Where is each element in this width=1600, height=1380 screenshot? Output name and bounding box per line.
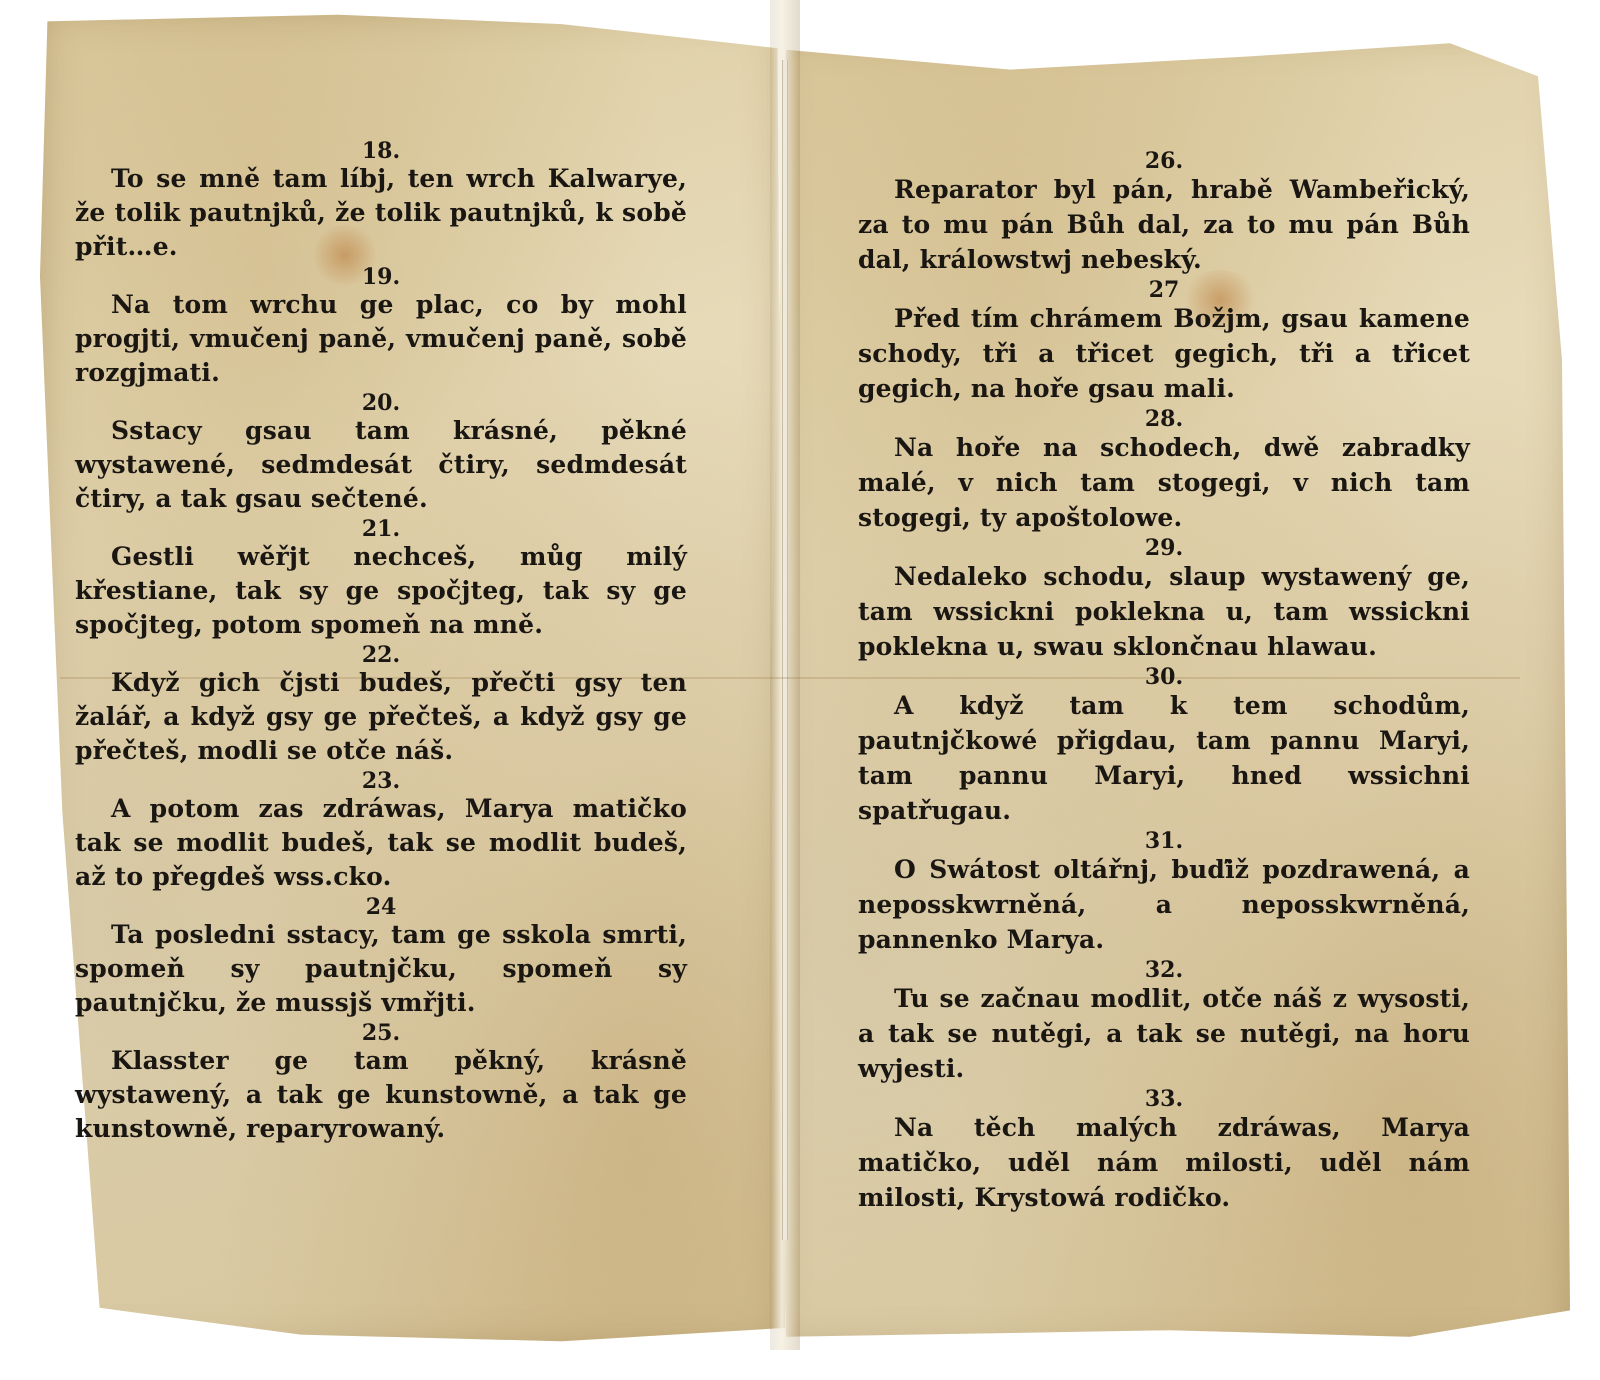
- verse-text: Nedaleko schodu, slaup wystawený ge, tam…: [858, 559, 1470, 664]
- verse-number: 19.: [75, 266, 687, 288]
- verse-text: Na tom wrchu ge plac, co by mohl progjti…: [75, 288, 687, 390]
- verse-19: 19. Na tom wrchu ge plac, co by mohl pro…: [75, 266, 687, 390]
- verse-number: 27: [858, 279, 1470, 301]
- verse-20: 20. Sstacy gsau tam krásné, pěkné wystaw…: [75, 392, 687, 516]
- verse-number: 25.: [75, 1022, 687, 1044]
- verse-number: 30.: [858, 666, 1470, 688]
- verse-number: 20.: [75, 392, 687, 414]
- right-page-text-column: 26. Reparator byl pán, hrabě Wambeřický,…: [858, 150, 1470, 1217]
- verse-25: 25. Klasster ge tam pěkný, krásně wystaw…: [75, 1022, 687, 1146]
- verse-24: 24 Ta posledni sstacy, tam ge sskola smr…: [75, 896, 687, 1020]
- verse-number: 18.: [75, 140, 687, 162]
- verse-text: Když gich čjsti budeš, přečti gsy ten ža…: [75, 666, 687, 768]
- verse-21: 21. Gestli wěřjt nechceš, můg milý křest…: [75, 518, 687, 642]
- verse-text: Gestli wěřjt nechceš, můg milý křestiane…: [75, 540, 687, 642]
- verse-text: To se mně tam líbj, ten wrch Kalwarye, ž…: [75, 162, 687, 264]
- verse-text: Reparator byl pán, hrabě Wambeřický, za …: [858, 172, 1470, 277]
- verse-32: 32. Tu se začnau modlit, otče náš z wyso…: [858, 959, 1470, 1086]
- verse-28: 28. Na hoře na schodech, dwě zabradky ma…: [858, 408, 1470, 535]
- binding-thread: [782, 60, 788, 1240]
- verse-33: 33. Na těch malých zdráwas, Marya matičk…: [858, 1088, 1470, 1215]
- verse-29: 29. Nedaleko schodu, slaup wystawený ge,…: [858, 537, 1470, 664]
- verse-23: 23. A potom zas zdráwas, Marya matičko t…: [75, 770, 687, 894]
- verse-text: Na hoře na schodech, dwě zabradky malé, …: [858, 430, 1470, 535]
- verse-text: A potom zas zdráwas, Marya matičko tak s…: [75, 792, 687, 894]
- verse-text: Ta posledni sstacy, tam ge sskola smrti,…: [75, 918, 687, 1020]
- verse-text: Na těch malých zdráwas, Marya matičko, u…: [858, 1110, 1470, 1215]
- left-page-text-column: 18. To se mně tam líbj, ten wrch Kalwary…: [75, 140, 687, 1148]
- verse-text: O Swátost oltářnj, buďiž pozdrawená, a n…: [858, 852, 1470, 957]
- verse-26: 26. Reparator byl pán, hrabě Wambeřický,…: [858, 150, 1470, 277]
- verse-number: 26.: [858, 150, 1470, 172]
- verse-31: 31. O Swátost oltářnj, buďiž pozdrawená,…: [858, 830, 1470, 957]
- verse-text: Před tím chrámem Božjm, gsau kamene scho…: [858, 301, 1470, 406]
- verse-text: Tu se začnau modlit, otče náš z wysosti,…: [858, 981, 1470, 1086]
- verse-number: 29.: [858, 537, 1470, 559]
- verse-30: 30. A když tam k tem schodům, pautnjčkow…: [858, 666, 1470, 828]
- verse-number: 23.: [75, 770, 687, 792]
- verse-number: 28.: [858, 408, 1470, 430]
- verse-text: A když tam k tem schodům, pautnjčkowé př…: [858, 688, 1470, 828]
- verse-number: 32.: [858, 959, 1470, 981]
- verse-27: 27 Před tím chrámem Božjm, gsau kamene s…: [858, 279, 1470, 406]
- verse-18: 18. To se mně tam líbj, ten wrch Kalwary…: [75, 140, 687, 264]
- verse-number: 21.: [75, 518, 687, 540]
- verse-number: 22.: [75, 644, 687, 666]
- verse-text: Klasster ge tam pěkný, krásně wystawený,…: [75, 1044, 687, 1146]
- verse-22: 22. Když gich čjsti budeš, přečti gsy te…: [75, 644, 687, 768]
- verse-number: 24: [75, 896, 687, 918]
- verse-text: Sstacy gsau tam krásné, pěkné wystawené,…: [75, 414, 687, 516]
- verse-number: 33.: [858, 1088, 1470, 1110]
- verse-number: 31.: [858, 830, 1470, 852]
